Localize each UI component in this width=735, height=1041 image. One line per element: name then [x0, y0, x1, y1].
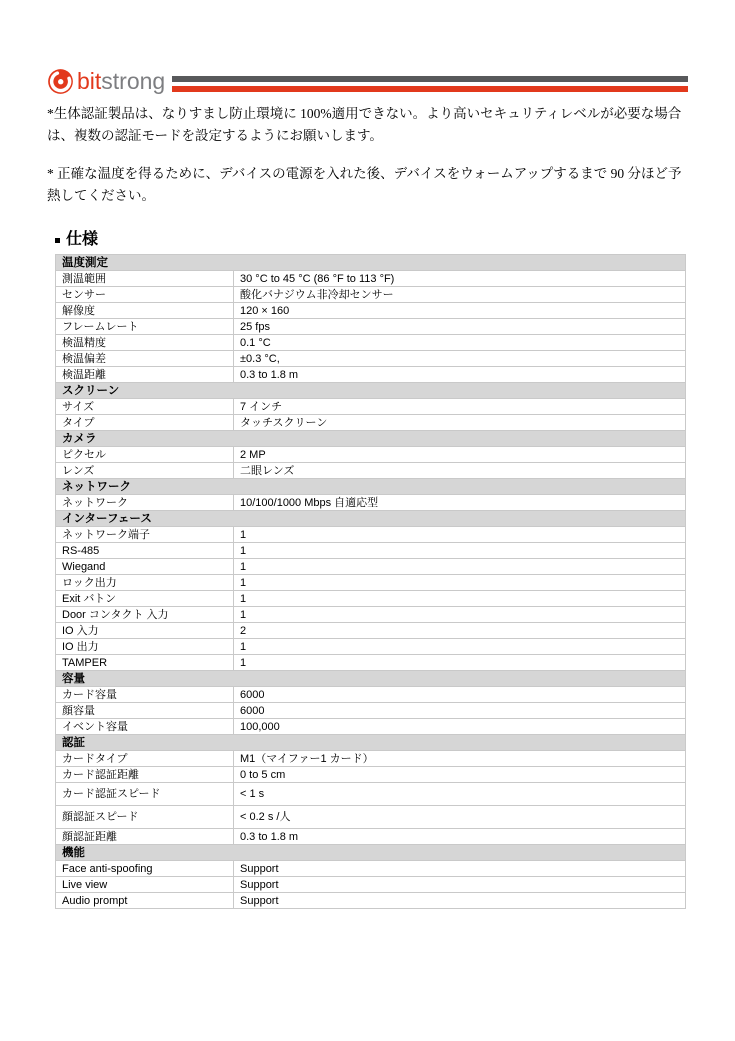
spec-row: Live viewSupport	[56, 877, 686, 893]
spec-row: カード容量6000	[56, 687, 686, 703]
spec-row-value: 2	[234, 623, 686, 639]
section-header-label: 容量	[56, 671, 686, 687]
section-header-row: カメラ	[56, 431, 686, 447]
spec-row-label: TAMPER	[56, 655, 234, 671]
spec-row-label: Audio prompt	[56, 893, 234, 909]
spec-row-label: Wiegand	[56, 559, 234, 575]
spec-row: 検温距離0.3 to 1.8 m	[56, 367, 686, 383]
section-header-row: 機能	[56, 845, 686, 861]
spec-row-value: 10/100/1000 Mbps 自適応型	[234, 495, 686, 511]
spec-row: レンズ二眼レンズ	[56, 463, 686, 479]
section-header-row: スクリーン	[56, 383, 686, 399]
spec-row-label: サイズ	[56, 399, 234, 415]
spec-row-label: 顔認証距離	[56, 829, 234, 845]
spec-row-value: 二眼レンズ	[234, 463, 686, 479]
spec-row-label: カード認証スピード	[56, 783, 234, 806]
spec-row: タイプタッチスクリーン	[56, 415, 686, 431]
spec-row-value: 酸化バナジウム非冷却センサー	[234, 287, 686, 303]
spec-row-label: ロック出力	[56, 575, 234, 591]
spec-row-label: フレームレート	[56, 319, 234, 335]
spec-row-label: 測温範囲	[56, 271, 234, 287]
spec-row: 顔認証距離0.3 to 1.8 m	[56, 829, 686, 845]
spec-row: ピクセル2 MP	[56, 447, 686, 463]
spec-row-label: ピクセル	[56, 447, 234, 463]
spec-row: カード認証距離0 to 5 cm	[56, 767, 686, 783]
brand-wordmark: bitstrong	[77, 68, 165, 95]
spec-row-value: 0 to 5 cm	[234, 767, 686, 783]
spec-table-container: 温度測定測温範囲30 °C to 45 °C (86 °F to 113 °F)…	[55, 254, 685, 909]
spec-row-label: 解像度	[56, 303, 234, 319]
spec-row-value: M1（マイファー1 カード）	[234, 751, 686, 767]
spec-row: ネットワーク端子1	[56, 527, 686, 543]
spec-row-label: Face anti-spoofing	[56, 861, 234, 877]
spec-row-value: 1	[234, 639, 686, 655]
spec-row-value: Support	[234, 861, 686, 877]
spec-row: センサー酸化バナジウム非冷却センサー	[56, 287, 686, 303]
spec-row-value: 6000	[234, 703, 686, 719]
section-header-row: ネットワーク	[56, 479, 686, 495]
spec-row-label: IO 出力	[56, 639, 234, 655]
spec-row-value: 1	[234, 527, 686, 543]
spec-row: IO 出力1	[56, 639, 686, 655]
spec-row-value: 30 °C to 45 °C (86 °F to 113 °F)	[234, 271, 686, 287]
spec-row-value: ±0.3 °C,	[234, 351, 686, 367]
spec-row: 測温範囲30 °C to 45 °C (86 °F to 113 °F)	[56, 271, 686, 287]
spec-row-value: < 1 s	[234, 783, 686, 806]
spec-row: カード認証スピード< 1 s	[56, 783, 686, 806]
spec-row: Door コンタクト 入力1	[56, 607, 686, 623]
spec-row: カードタイプM1（マイファー1 カード）	[56, 751, 686, 767]
section-header-label: インターフェース	[56, 511, 686, 527]
spec-row-label: Door コンタクト 入力	[56, 607, 234, 623]
spec-row: Exit バトン1	[56, 591, 686, 607]
spec-row-value: 1	[234, 575, 686, 591]
spec-row: Audio promptSupport	[56, 893, 686, 909]
section-header-label: 認証	[56, 735, 686, 751]
spec-row-value: 6000	[234, 687, 686, 703]
spec-row-label: 検温距離	[56, 367, 234, 383]
header-rule-gray	[172, 76, 688, 82]
brand-wordmark-bit: bit	[77, 68, 101, 94]
note-warmup: * 正確な温度を得るために、デバイスの電源を入れた後、デバイスをウォームアップす…	[47, 163, 688, 207]
section-header-label: カメラ	[56, 431, 686, 447]
spec-row-value: 100,000	[234, 719, 686, 735]
spec-row: 検温偏差±0.3 °C,	[56, 351, 686, 367]
section-header-label: スクリーン	[56, 383, 686, 399]
spec-table-body: 温度測定測温範囲30 °C to 45 °C (86 °F to 113 °F)…	[56, 255, 686, 909]
spec-row: Face anti-spoofingSupport	[56, 861, 686, 877]
spec-row: IO 入力2	[56, 623, 686, 639]
spec-row-value: 1	[234, 543, 686, 559]
spec-row-value: Support	[234, 877, 686, 893]
spec-row-label: イベント容量	[56, 719, 234, 735]
spec-row-value: 2 MP	[234, 447, 686, 463]
spec-row: RS-4851	[56, 543, 686, 559]
spec-row-label: 顔認証スピード	[56, 806, 234, 829]
section-header-row: 温度測定	[56, 255, 686, 271]
spec-row: 顔認証スピード< 0.2 s /人	[56, 806, 686, 829]
spec-row-label: カード認証距離	[56, 767, 234, 783]
spec-row-label: タイプ	[56, 415, 234, 431]
spec-row-value: < 0.2 s /人	[234, 806, 686, 829]
spec-row-label: ネットワーク端子	[56, 527, 234, 543]
spec-row-value: 7 インチ	[234, 399, 686, 415]
spec-row: ネットワーク10/100/1000 Mbps 自適応型	[56, 495, 686, 511]
spec-row-label: レンズ	[56, 463, 234, 479]
section-header-label: ネットワーク	[56, 479, 686, 495]
bullet-square-icon	[55, 238, 60, 243]
disclaimer-notes: *生体認証製品は、なりすまし防止環境に 100%適用できない。より高いセキュリテ…	[47, 103, 688, 206]
brand-header: bitstrong	[47, 66, 688, 96]
bitstrong-swirl-icon	[47, 68, 74, 95]
section-header-row: インターフェース	[56, 511, 686, 527]
spec-row-value: 0.3 to 1.8 m	[234, 367, 686, 383]
spec-row-label: RS-485	[56, 543, 234, 559]
header-rules	[172, 71, 688, 92]
spec-row-label: カード容量	[56, 687, 234, 703]
brand-wordmark-strong: strong	[101, 68, 165, 94]
spec-table: 温度測定測温範囲30 °C to 45 °C (86 °F to 113 °F)…	[55, 254, 686, 909]
spec-row: サイズ7 インチ	[56, 399, 686, 415]
spec-row-value: 1	[234, 559, 686, 575]
spec-row: ロック出力1	[56, 575, 686, 591]
spec-row-value: 25 fps	[234, 319, 686, 335]
spec-row: フレームレート25 fps	[56, 319, 686, 335]
spec-row-label: Exit バトン	[56, 591, 234, 607]
spec-row-value: 1	[234, 591, 686, 607]
spec-row-value: 120 × 160	[234, 303, 686, 319]
spec-row-label: 検温偏差	[56, 351, 234, 367]
spec-row: 解像度120 × 160	[56, 303, 686, 319]
spec-sheet-page: bitstrong *生体認証製品は、なりすまし防止環境に 100%適用できない…	[0, 0, 735, 909]
spec-row: 顔容量6000	[56, 703, 686, 719]
spec-row-value: 1	[234, 655, 686, 671]
spec-row-label: ネットワーク	[56, 495, 234, 511]
spec-row-value: タッチスクリーン	[234, 415, 686, 431]
spec-row-label: センサー	[56, 287, 234, 303]
spec-row-label: 顔容量	[56, 703, 234, 719]
spec-row-value: 0.1 °C	[234, 335, 686, 351]
spec-row: 検温精度0.1 °C	[56, 335, 686, 351]
header-rule-red	[172, 86, 688, 92]
spec-row: TAMPER1	[56, 655, 686, 671]
section-header-row: 認証	[56, 735, 686, 751]
spec-row-label: カードタイプ	[56, 751, 234, 767]
note-biometric: *生体認証製品は、なりすまし防止環境に 100%適用できない。より高いセキュリテ…	[47, 103, 688, 147]
section-header-label: 機能	[56, 845, 686, 861]
spec-section-title: 仕様	[66, 226, 98, 249]
spec-row-label: Live view	[56, 877, 234, 893]
spec-row-value: 1	[234, 607, 686, 623]
spec-row-value: Support	[234, 893, 686, 909]
spec-row-label: IO 入力	[56, 623, 234, 639]
spec-row-value: 0.3 to 1.8 m	[234, 829, 686, 845]
section-header-row: 容量	[56, 671, 686, 687]
spec-section-heading: 仕様	[55, 226, 688, 249]
section-header-label: 温度測定	[56, 255, 686, 271]
spec-row: Wiegand1	[56, 559, 686, 575]
spec-row: イベント容量100,000	[56, 719, 686, 735]
bitstrong-logo: bitstrong	[47, 68, 165, 95]
spec-row-label: 検温精度	[56, 335, 234, 351]
